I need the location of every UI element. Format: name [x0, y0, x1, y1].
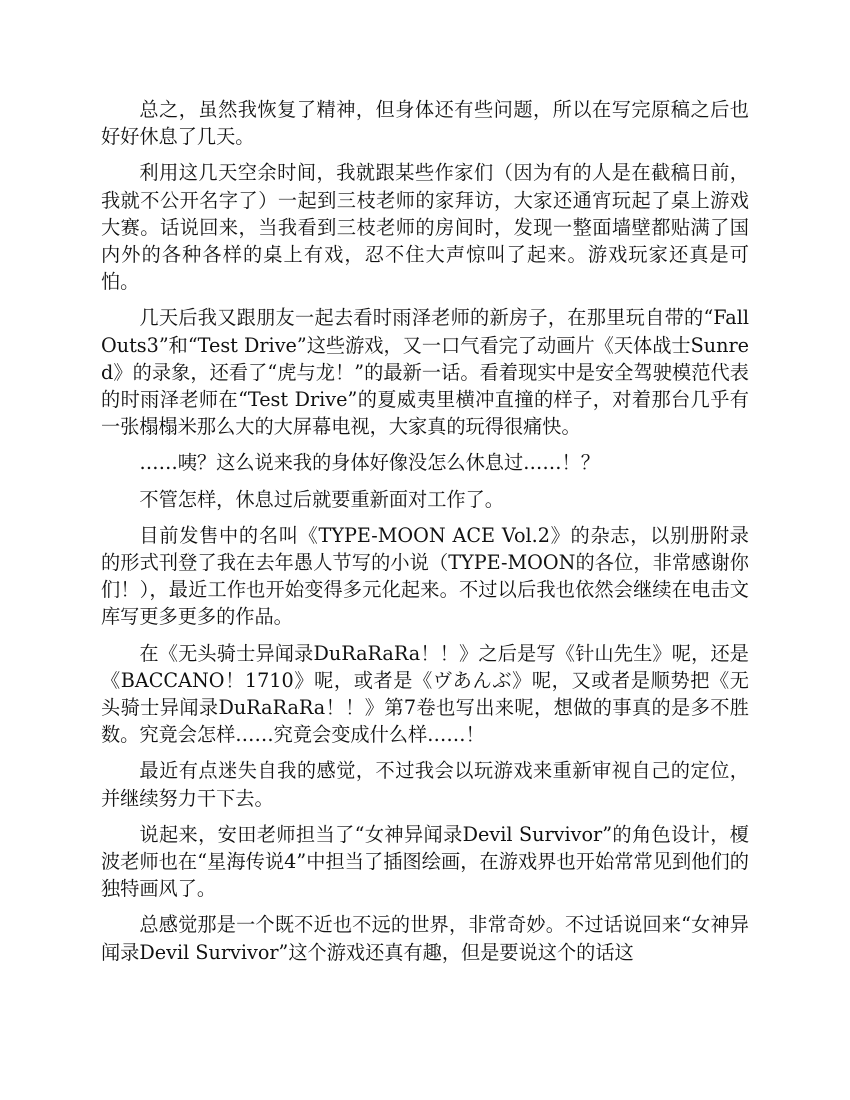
paragraph: 总感觉那是一个既不近也不远的世界，非常奇妙。不过话说回来“女神异闻录Devil …: [101, 911, 749, 965]
paragraph: ……咦？这么说来我的身体好像没怎么休息过……！？: [101, 449, 749, 476]
document-page: 总之，虽然我恢复了精神，但身体还有些问题，所以在写完原稿之后也好好休息了几天。 …: [101, 96, 749, 975]
paragraph: 不管怎样，休息过后就要重新面对工作了。: [101, 486, 749, 513]
paragraph: 几天后我又跟朋友一起去看时雨泽老师的新房子，在那里玩自带的“Fall Outs3…: [101, 304, 749, 440]
paragraph: 说起来，安田老师担当了“女神异闻录Devil Survivor”的角色设计，榎波…: [101, 821, 749, 903]
paragraph: 利用这几天空余时间，我就跟某些作家们（因为有的人是在截稿日前，我就不公开名字了）…: [101, 159, 749, 295]
paragraph: 目前发售中的名叫《TYPE-MOON ACE Vol.2》的杂志，以别册附录的形…: [101, 522, 749, 631]
paragraph: 最近有点迷失自我的感觉，不过我会以玩游戏来重新审视自己的定位，并继续努力干下去。: [101, 757, 749, 811]
paragraph: 总之，虽然我恢复了精神，但身体还有些问题，所以在写完原稿之后也好好休息了几天。: [101, 96, 749, 150]
paragraph: 在《无头骑士异闻录DuRaRaRa！！》之后是写《针山先生》呢，还是《BACCA…: [101, 640, 749, 749]
